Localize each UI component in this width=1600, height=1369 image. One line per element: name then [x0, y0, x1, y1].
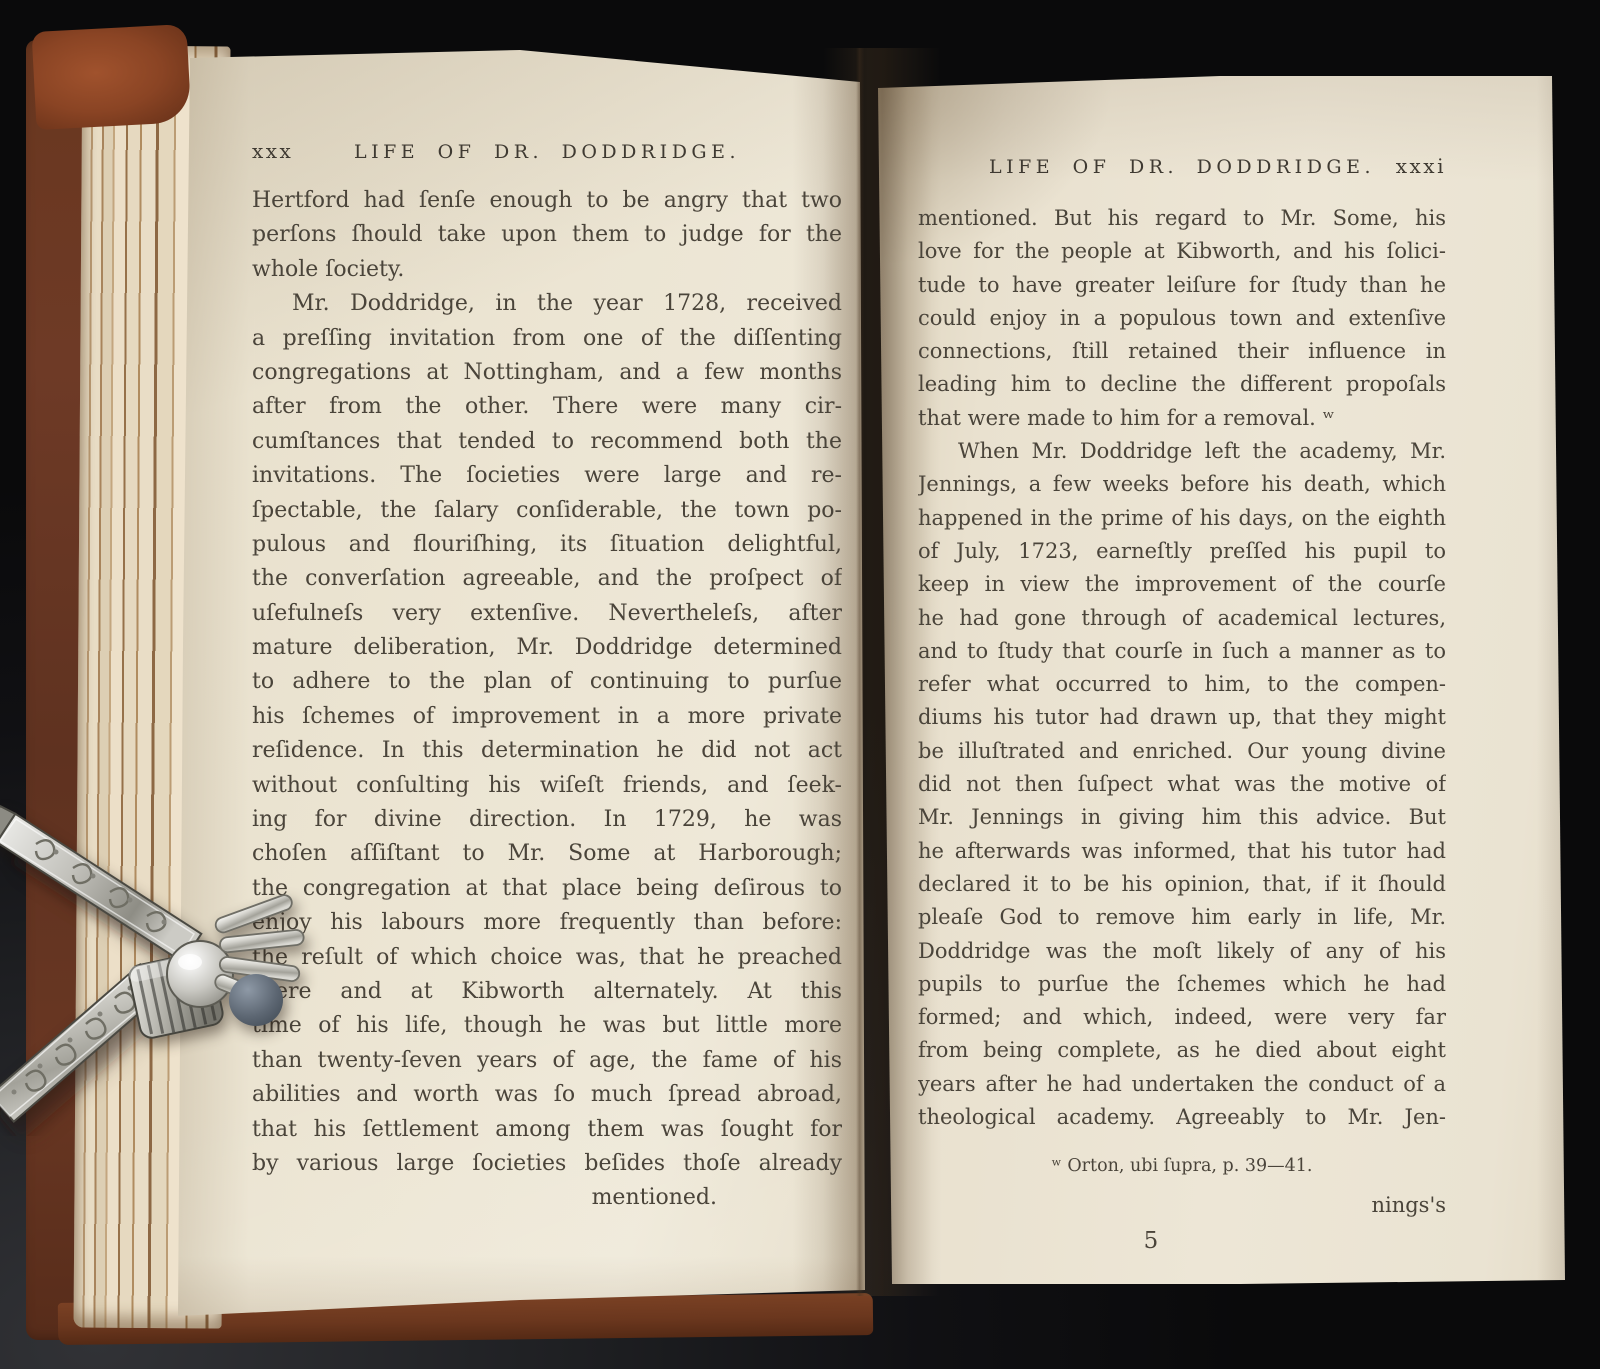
text-line: be illuſtrated and enriched. Our young d…: [918, 735, 1446, 768]
text-line: tude to have greater leiſure for ſtudy t…: [918, 269, 1446, 302]
text-line: uſefulneſs very extenſive. Nevertheleſs,…: [252, 597, 842, 631]
text-line: the congregation at that place being deſ…: [252, 872, 842, 906]
text-line: leading him to decline the different pro…: [918, 368, 1446, 401]
text-line: pulous and flouriſhing, its ſituation de…: [252, 528, 842, 562]
text-line: the reſult of which choice was, that he …: [252, 941, 842, 975]
text-line: perſons ſhould take upon them to judge f…: [252, 218, 842, 252]
text-line: his ſchemes of improvement in a more pri…: [252, 700, 842, 734]
text-line: he afterwards was informed, that his tut…: [918, 835, 1446, 868]
text-line: formed; and which, indeed, were very far: [918, 1001, 1446, 1034]
text-line: congregations at Nottingham, and a few m…: [252, 356, 842, 390]
silver-clasp: [0, 792, 316, 1136]
text-line: theological academy. Agreeably to Mr. Je…: [918, 1101, 1446, 1134]
folio-number: xxxi: [1375, 150, 1446, 183]
text-line: invitations. The ſocieties were large an…: [252, 459, 842, 493]
text-line: pupils to purſue the ſchemes which he ha…: [918, 968, 1446, 1001]
left-page-body: Hertford had ſenſe enough to be angry th…: [252, 184, 842, 1216]
text-line: Jennings, a few weeks before his death, …: [918, 468, 1446, 501]
text-line: to adhere to the plan of continuing to p…: [252, 665, 842, 699]
text-line: declared it to be his opinion, that, if …: [918, 868, 1446, 901]
right-page-header: LIFE OF DR. DODDRIDGE. xxxi: [918, 150, 1446, 184]
clasp-bead: [229, 974, 283, 1026]
text-line: connections, ſtill retained their influe…: [918, 335, 1446, 368]
text-line: and to ſtudy that courſe in ſuch a manne…: [918, 635, 1446, 668]
text-line: cumſtances that tended to recommend both…: [252, 425, 842, 459]
text-line: Mr. Doddridge, in the year 1728, receive…: [252, 287, 842, 321]
text-line: that his ſettlement among them was ſough…: [252, 1113, 842, 1147]
text-line: happened in the prime of his days, on th…: [918, 502, 1446, 535]
text-line: pleaſe God to remove him early in life, …: [918, 901, 1446, 934]
text-line: refer what occurred to him, to the compe…: [918, 668, 1446, 701]
running-title: LIFE OF DR. DODDRIDGE.: [989, 151, 1375, 184]
open-book-photo: xxx LIFE OF DR. DODDRIDGE. Hertford had …: [0, 0, 1600, 1369]
left-page-header: xxx LIFE OF DR. DODDRIDGE.: [252, 134, 842, 168]
left-page-text: xxx LIFE OF DR. DODDRIDGE. Hertford had …: [252, 134, 842, 1216]
text-line: years after he had undertaken the conduc…: [918, 1068, 1446, 1101]
text-line: than twenty-ſeven years of age, the fame…: [252, 1044, 842, 1078]
text-line: from being complete, as he died about ei…: [918, 1034, 1446, 1067]
text-line: mature deliberation, Mr. Doddridge deter…: [252, 631, 842, 665]
signature-mark: 5: [918, 1225, 1384, 1258]
text-line: by various large ſocieties beſides thoſe…: [252, 1147, 842, 1181]
folio-number: xxx: [252, 134, 344, 168]
text-line: ſpectable, the ſalary conſiderable, the …: [252, 494, 842, 528]
text-line: diums his tutor had drawn up, that they …: [918, 701, 1446, 734]
text-line: Hertford had ſenſe enough to be angry th…: [252, 184, 842, 218]
text-line: without conſulting his wiſeſt friends, a…: [252, 769, 842, 803]
text-line: there and at Kibworth alternately. At th…: [252, 975, 842, 1009]
text-line: whole ſociety.: [252, 253, 842, 287]
text-line: the converſation agreeable, and the proſ…: [252, 562, 842, 596]
text-line: When Mr. Doddridge left the academy, Mr.: [918, 435, 1446, 468]
text-line: reſidence. In this determination he did …: [252, 734, 842, 768]
footnote: ʷ Orton, ubi ſupra, p. 39—41.: [918, 1150, 1446, 1183]
text-line: after from the other. There were many ci…: [252, 390, 842, 424]
text-line: did not then ſuſpect what was the motive…: [918, 768, 1446, 801]
text-line: keep in view the improvement of the cour…: [918, 568, 1446, 601]
text-line: time of his life, though he was but litt…: [252, 1009, 842, 1043]
text-line: mentioned. But his regard to Mr. Some, h…: [918, 202, 1446, 235]
text-line: love for the people at Kibworth, and his…: [918, 235, 1446, 268]
text-line: a preſſing invitation from one of the di…: [252, 322, 842, 356]
catchword: nings's: [918, 1189, 1446, 1222]
text-line: he had gone through of academical lectur…: [918, 602, 1446, 635]
leather-corner: [32, 24, 192, 130]
text-line: Mr. Jennings in giving him this advice. …: [918, 801, 1446, 834]
text-line: enjoy his labours more frequently than b…: [252, 906, 842, 940]
text-line: abilities and worth was ſo much ſpread a…: [252, 1078, 842, 1112]
clasp-upper-strap: [0, 806, 201, 962]
text-line: ing for divine direction. In 1729, he wa…: [252, 803, 842, 837]
text-line: could enjoy in a populous town and exten…: [918, 302, 1446, 335]
text-line: of July, 1723, earneſtly preſſed his pup…: [918, 535, 1446, 568]
text-line: that were made to him for a removal. ʷ: [918, 402, 1446, 435]
text-line: choſen aſſiſtant to Mr. Some at Harborou…: [252, 837, 842, 871]
running-title: LIFE OF DR. DODDRIDGE.: [344, 135, 750, 169]
text-line: mentioned.: [252, 1181, 842, 1215]
right-page-text: LIFE OF DR. DODDRIDGE. xxxi mentioned. B…: [918, 150, 1446, 1258]
text-line: Doddridge was the moſt likely of any of …: [918, 935, 1446, 968]
right-page-body: mentioned. But his regard to Mr. Some, h…: [918, 202, 1446, 1134]
